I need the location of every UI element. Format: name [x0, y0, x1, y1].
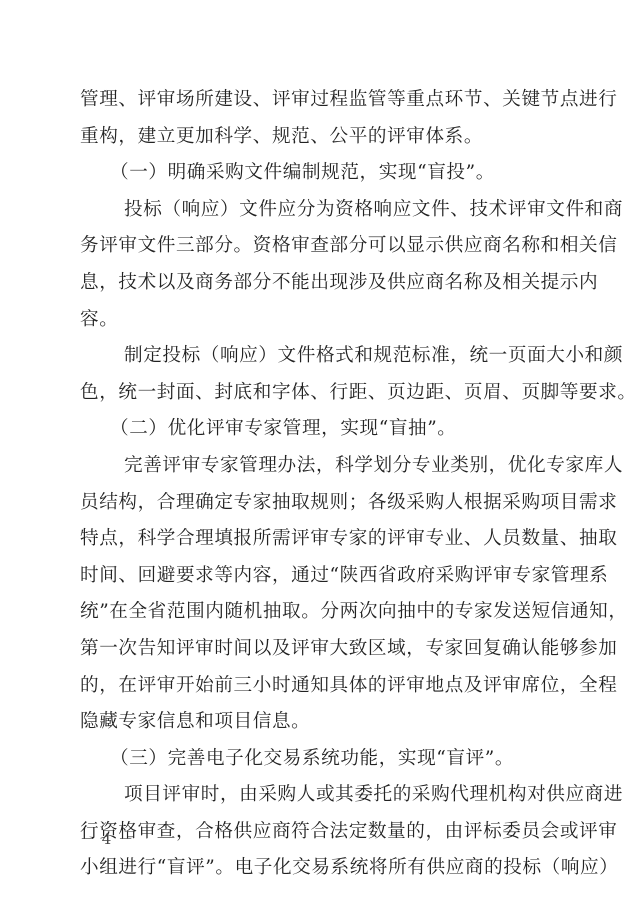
text-line: 特点，科学合理填报所需评审专家的评审专业、人员数量、抽取 [80, 521, 565, 558]
paragraph: 项目评审时，由采购人或其委托的采购代理机构对供应商进行资格审查，合格供应商符合法… [80, 777, 565, 887]
section-heading: （一）明确采购文件编制规范，实现“盲投”。 [80, 155, 565, 192]
text-line: 第一次告知评审时间以及评审大致区域，专家回复确认能够参加 [80, 631, 565, 668]
text-line: 容。 [80, 302, 565, 339]
text-line: 时间、回避要求等内容，通过“陕西省政府采购评审专家管理系 [80, 558, 565, 595]
text-line: 隐藏专家信息和项目信息。 [80, 704, 565, 741]
text-line: 项目评审时，由采购人或其委托的采购代理机构对供应商进 [80, 777, 565, 814]
text-line: （二）优化评审专家管理，实现“盲抽”。 [80, 411, 565, 448]
text-line: 完善评审专家管理办法，科学划分专业类别，优化专家库人 [80, 448, 565, 485]
text-line: 员结构，合理确定专家抽取规则；各级采购人根据采购项目需求 [80, 485, 565, 522]
text-line: （一）明确采购文件编制规范，实现“盲投”。 [80, 155, 565, 192]
text-line: 行资格审查，合格供应商符合法定数量的，由评标委员会或评审 [80, 814, 565, 851]
paragraph: 管理、评审场所建设、评审过程监管等重点环节、关键节点进行重构，建立更加科学、规范… [80, 82, 565, 155]
document-page: 管理、评审场所建设、评审过程监管等重点环节、关键节点进行重构，建立更加科学、规范… [80, 82, 565, 887]
text-line: 制定投标（响应）文件格式和规范标准，统一页面大小和颜 [80, 338, 565, 375]
text-line: 的，在评审开始前三小时通知具体的评审地点及评审席位，全程 [80, 668, 565, 705]
text-line: 息，技术以及商务部分不能出现涉及供应商名称及相关提示内 [80, 265, 565, 302]
text-line: 重构，建立更加科学、规范、公平的评审体系。 [80, 119, 565, 156]
paragraph: 完善评审专家管理办法，科学划分专业类别，优化专家库人员结构，合理确定专家抽取规则… [80, 448, 565, 741]
page-number: － 4 － [80, 828, 134, 849]
text-line: 务评审文件三部分。资格审查部分可以显示供应商名称和相关信 [80, 228, 565, 265]
text-line: 色，统一封面、封底和字体、行距、页边距、页眉、页脚等要求。 [80, 375, 565, 412]
section-heading: （二）优化评审专家管理，实现“盲抽”。 [80, 411, 565, 448]
section-heading: （三）完善电子化交易系统功能，实现“盲评”。 [80, 741, 565, 778]
paragraph: 投标（响应）文件应分为资格响应文件、技术评审文件和商务评审文件三部分。资格审查部… [80, 192, 565, 338]
text-line: 统”在全省范围内随机抽取。分两次向抽中的专家发送短信通知， [80, 594, 565, 631]
paragraph: 制定投标（响应）文件格式和规范标准，统一页面大小和颜色，统一封面、封底和字体、行… [80, 338, 565, 411]
text-line: （三）完善电子化交易系统功能，实现“盲评”。 [80, 741, 565, 778]
text-line: 投标（响应）文件应分为资格响应文件、技术评审文件和商 [80, 192, 565, 229]
text-line: 管理、评审场所建设、评审过程监管等重点环节、关键节点进行 [80, 82, 565, 119]
text-line: 小组进行“盲评”。电子化交易系统将所有供应商的投标（响应） [80, 850, 565, 887]
